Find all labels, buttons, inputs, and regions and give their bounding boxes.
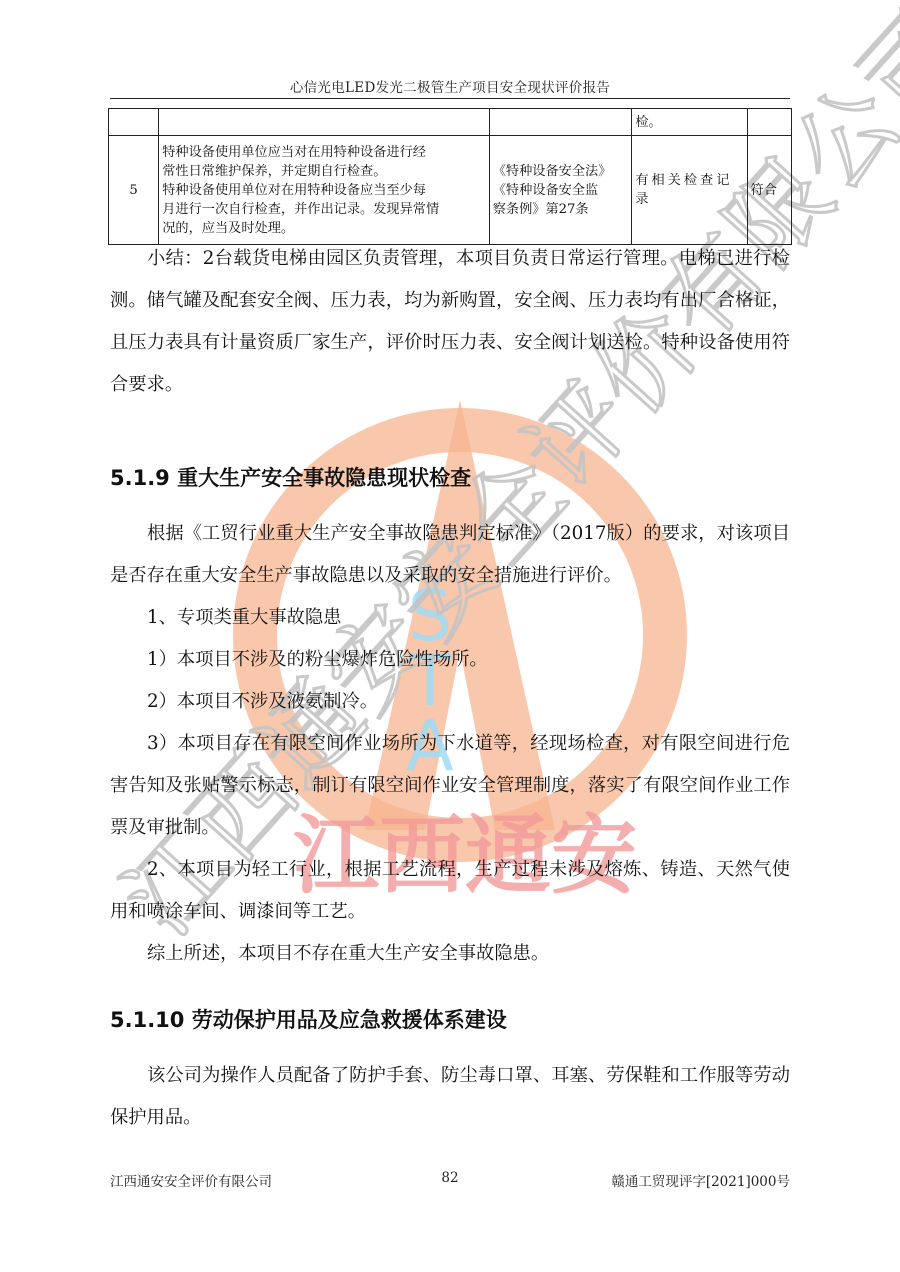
cell-fact: 有相关检查记 录 — [632, 136, 747, 245]
fact-line: 录 — [635, 190, 743, 209]
basis-line: 《特种设备安全监 — [493, 181, 629, 200]
hazard-item-1: 1、专项类重大事故隐患 — [110, 597, 790, 639]
document-page: S T A 江西通安 江西通安安全评价有限公司 心信光电LED发光二极管生产项目… — [0, 0, 900, 1272]
cell-result — [747, 109, 791, 136]
hazard-item-2: 2、本项目为轻工行业，根据工艺流程，生产过程未涉及熔炼、铸造、天然气使用和喷涂车… — [110, 849, 790, 933]
section-heading-5-1-10: 5.1.10 劳动保护用品及应急救援体系建设 — [110, 1004, 507, 1034]
footer-company: 江西通安安全评价有限公司 — [110, 1170, 272, 1190]
requirement-line: 特种设备使用单位应当对在用特种设备进行经 — [162, 143, 485, 162]
cell-no: 5 — [109, 136, 159, 245]
table-row: 检。 — [109, 109, 792, 136]
hazard-item-1-3: 3）本项目存在有限空间作业场所为下水道等，经现场检查，对有限空间进行危害告知及张… — [110, 723, 790, 849]
cell-no — [109, 109, 159, 136]
table-row: 5 特种设备使用单位应当对在用特种设备进行经 常性日常维护保养，并定期自行检查。… — [109, 136, 792, 245]
cell-basis — [489, 109, 632, 136]
requirement-line: 常性日常维护保养，并定期自行检查。 — [162, 162, 485, 181]
section-5110-paragraph: 该公司为操作人员配备了防护手套、防尘毒口罩、耳塞、劳保鞋和工作服等劳动保护用品。 — [110, 1055, 790, 1139]
footer-page-number: 82 — [440, 1170, 460, 1186]
section-519-conclusion: 综上所述，本项目不存在重大生产安全事故隐患。 — [110, 933, 790, 975]
hazard-item-1-2: 2）本项目不涉及液氨制冷。 — [110, 681, 790, 723]
section-519-intro: 根据《工贸行业重大生产安全事故隐患判定标准》（2017版）的要求，对该项目是否存… — [110, 513, 790, 597]
running-header: 心信光电LED发光二极管生产项目安全现状评价报告 — [110, 76, 790, 96]
cell-requirement: 特种设备使用单位应当对在用特种设备进行经 常性日常维护保养，并定期自行检查。 特… — [159, 136, 489, 245]
basis-line: 察条例》第27条 — [493, 200, 629, 219]
fact-line: 有相关检查记 — [635, 171, 743, 190]
cell-basis: 《特种设备安全法》 《特种设备安全监 察条例》第27条 — [489, 136, 632, 245]
requirement-line: 特种设备使用单位对在用特种设备应当至少每 — [162, 181, 485, 200]
basis-line: 《特种设备安全法》 — [493, 162, 629, 181]
cell-result: 符合 — [747, 136, 791, 245]
summary-paragraph: 小结：2台载货电梯由园区负责管理，本项目负责日常运行管理。电梯已进行检测。储气罐… — [110, 238, 790, 406]
footer-doc-number: 赣通工贸现评字[2021]000号 — [611, 1170, 790, 1190]
cell-fact: 检。 — [632, 109, 747, 136]
header-divider — [110, 98, 790, 99]
hazard-item-1-1: 1）本项目不涉及的粉尘爆炸危险性场所。 — [110, 639, 790, 681]
requirement-line: 月进行一次自行检查，并作出记录。发现异常情 — [162, 200, 485, 219]
requirements-table: 检。 5 特种设备使用单位应当对在用特种设备进行经 常性日常维护保养，并定期自行… — [108, 108, 792, 245]
requirement-line: 况的，应当及时处理。 — [162, 219, 485, 238]
cell-requirement — [159, 109, 489, 136]
section-heading-5-1-9: 5.1.9 重大生产安全事故隐患现状检查 — [110, 462, 471, 492]
